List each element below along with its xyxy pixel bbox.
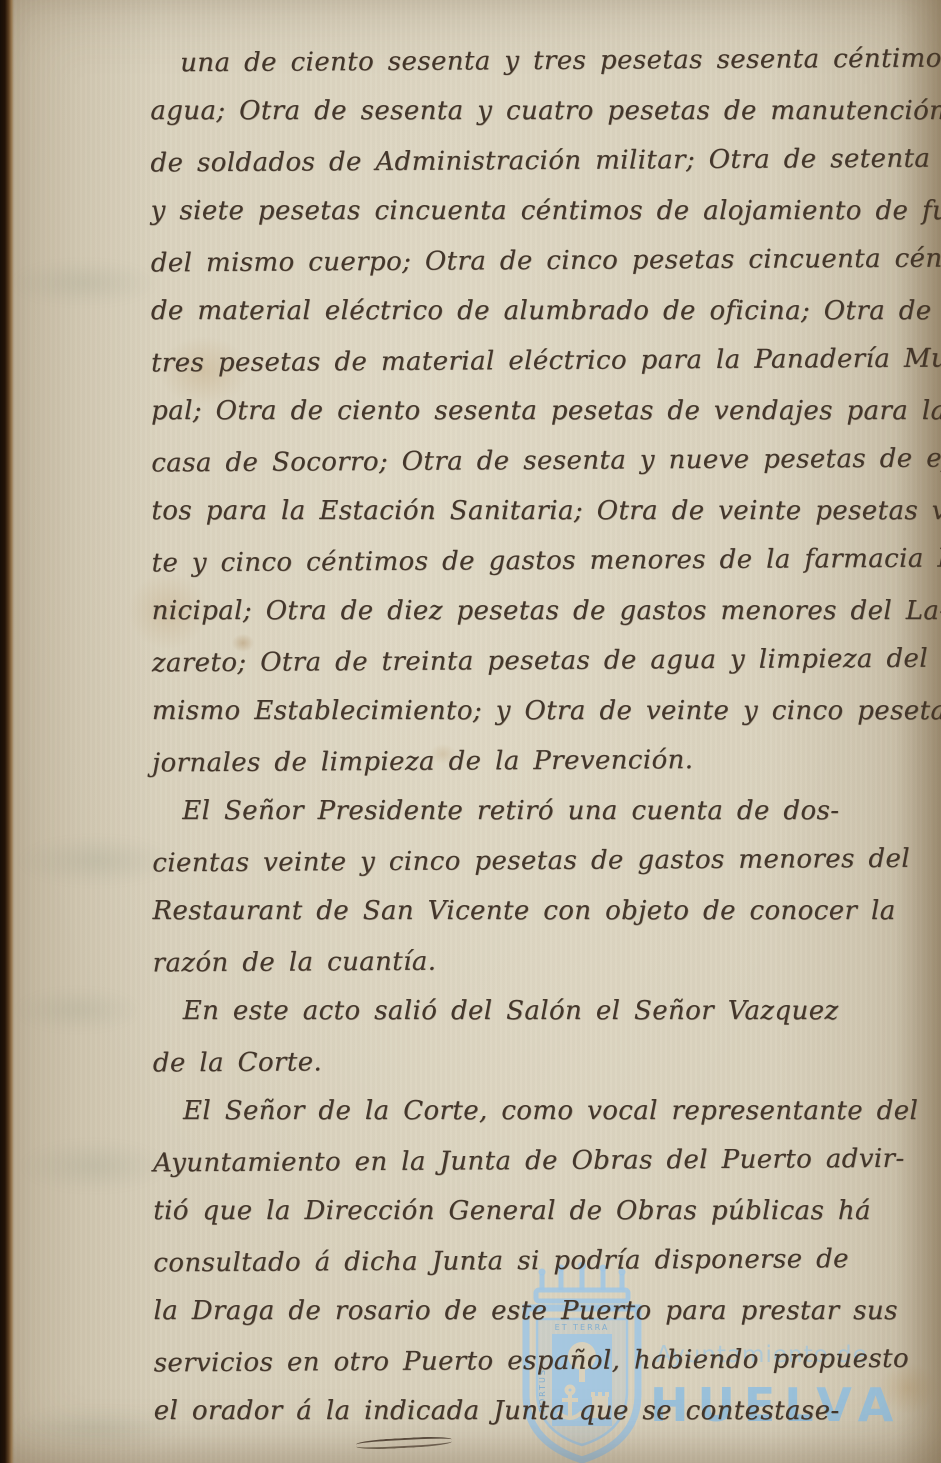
- ink-bleedthrough-smudge: [14, 262, 154, 304]
- handwritten-text-block: una de ciento sesenta y tres pesetas ses…: [150, 35, 941, 1437]
- manuscript-line: del mismo cuerpo; Otra de cinco pesetas …: [151, 234, 941, 289]
- manuscript-line: casa de Socorro; Otra de sesenta y nueve…: [151, 434, 941, 489]
- manuscript-line: razón de la cuantía.: [152, 934, 941, 989]
- manuscript-line: zareto; Otra de treinta pesetas de agua …: [152, 634, 941, 689]
- manuscript-line: El Señor Presidente retiró una cuenta de…: [152, 786, 941, 836]
- ink-bleedthrough-smudge: [16, 1408, 176, 1448]
- ink-bleedthrough-smudge: [22, 838, 172, 884]
- manuscript-line: consultado á dicha Junta si podría dispo…: [153, 1234, 941, 1289]
- manuscript-line: cientas veinte y cinco pesetas de gastos…: [152, 834, 941, 889]
- manuscript-line: El Señor de la Corte, como vocal represe…: [153, 1086, 941, 1136]
- manuscript-line: de material eléctrico de alumbrado de of…: [151, 286, 941, 336]
- manuscript-line: una de ciento sesenta y tres pesetas ses…: [150, 34, 941, 89]
- manuscript-line: mismo Establecimiento; y Otra de veinte …: [152, 686, 941, 736]
- manuscript-line: y siete pesetas cincuenta céntimos de al…: [151, 186, 941, 236]
- manuscript-line: te y cinco céntimos de gastos menores de…: [151, 534, 941, 589]
- manuscript-line: jornales de limpieza de la Prevención.: [152, 734, 941, 789]
- manuscript-line: de la Corte.: [153, 1034, 941, 1089]
- manuscript-line: tres pesetas de material eléctrico para …: [151, 334, 941, 389]
- ink-bleedthrough-smudge: [18, 990, 138, 1030]
- manuscript-line: nicipal; Otra de diez pesetas de gastos …: [152, 586, 941, 636]
- ink-bleedthrough-smudge: [24, 1142, 164, 1190]
- manuscript-line: Restaurant de San Vicente con objeto de …: [152, 886, 941, 936]
- manuscript-line: Ayuntamiento en la Junta de Obras del Pu…: [153, 1134, 941, 1189]
- pen-flourish: [356, 1435, 452, 1450]
- manuscript-line: el orador á la indicada Junta que se con…: [154, 1386, 941, 1436]
- manuscript-page: ET TERRA PORTUS Ayuntamiento de HUELVA: [0, 0, 941, 1463]
- manuscript-line: En este acto salió del Salón el Señor Va…: [153, 986, 941, 1036]
- manuscript-line: de soldados de Administración militar; O…: [150, 134, 941, 189]
- binding-edge: [0, 0, 14, 1463]
- manuscript-line: tió que la Dirección General de Obras pú…: [153, 1186, 941, 1236]
- manuscript-line: agua; Otra de sesenta y cuatro pesetas d…: [150, 86, 941, 136]
- manuscript-line: tos para la Estación Sanitaria; Otra de …: [151, 486, 941, 536]
- manuscript-line: servicios en otro Puerto español, habien…: [153, 1334, 941, 1389]
- manuscript-line: pal; Otra de ciento sesenta pesetas de v…: [151, 386, 941, 436]
- manuscript-line: la Draga de rosario de este Puerto para …: [154, 1286, 941, 1336]
